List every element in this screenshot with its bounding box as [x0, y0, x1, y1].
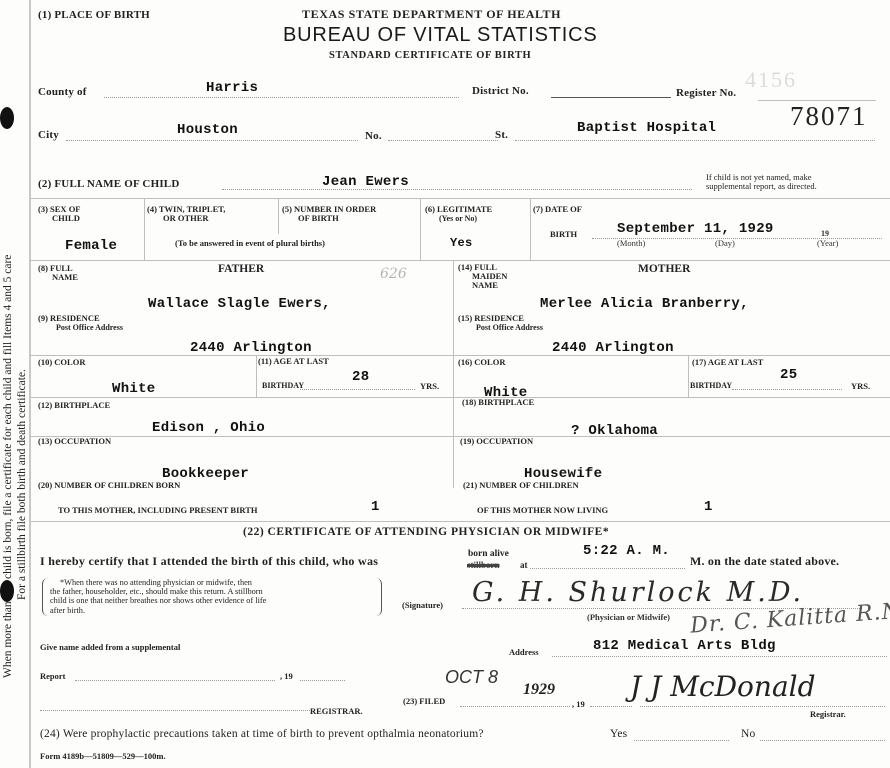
place-of-birth-label: (1) PLACE OF BIRTH [38, 10, 150, 20]
sex-value: Female [65, 238, 117, 254]
left-border [29, 0, 31, 768]
register-number: 78071 [790, 101, 868, 132]
children-born-value: 1 [371, 499, 380, 515]
margin-note-line1: When more than one child is born, file a… [2, 255, 14, 678]
children-born-label-2: TO THIS MOTHER, INCLUDING PRESENT BIRTH [58, 506, 258, 515]
father-birthplace-label: (12) BIRTHPLACE [38, 401, 110, 410]
report-year-prefix: , 19 [280, 672, 293, 681]
register-label: Register No. [676, 88, 736, 98]
mother-name-value: Merlee Alicia Branberry, [540, 296, 749, 312]
legitimate-label: (6) LEGITIMATE [425, 205, 492, 214]
registrar-signature: J J McDonald [630, 670, 816, 703]
at-label: at [520, 560, 528, 570]
filed-year-prefix: , 19 [572, 700, 585, 709]
mother-residence-value: 2440 Arlington [552, 340, 674, 356]
county-value: Harris [206, 80, 258, 96]
legitimate-value: Yes [450, 236, 473, 250]
registrar-title: Registrar. [810, 710, 846, 719]
certificate-subtitle: STANDARD CERTIFICATE OF BIRTH [329, 51, 531, 61]
report-label: Report [40, 672, 66, 681]
street-value: Baptist Hospital [577, 120, 716, 136]
dob-label-2: BIRTH [550, 230, 577, 239]
children-born-label: (20) NUMBER OF CHILDREN BORN [38, 481, 180, 490]
mother-color-label: (16) COLOR [458, 358, 505, 367]
father-residence-value: 2440 Arlington [190, 340, 312, 356]
signature-label: (Signature) [402, 601, 443, 610]
hole-punch-icon [0, 107, 14, 129]
father-name-label-2: NAME [38, 273, 78, 282]
birth-certificate: When more than one child is born, file a… [0, 0, 890, 768]
certify-text: I hereby certify that I attended the bir… [40, 556, 378, 566]
mother-occupation-label: (19) OCCUPATION [460, 437, 533, 446]
plural-births-note: (To be answered in event of plural birth… [175, 238, 325, 248]
name-note-line2: supplemental report, as directed. [706, 182, 817, 191]
footnote-line1: *When there was no attending physician o… [50, 578, 266, 587]
stillborn-struck-text: stillborn [467, 560, 500, 570]
sex-label-2: CHILD [38, 214, 81, 223]
children-living-label: (21) NUMBER OF CHILDREN [463, 481, 579, 490]
father-yrs-label: YRS. [420, 382, 439, 391]
year-caption: (Year) [817, 238, 838, 248]
register-stamp-faint: 4156 [745, 67, 797, 93]
father-age-value: 28 [352, 369, 369, 385]
hole-punch-icon [0, 580, 14, 602]
mother-name-label-3: NAME [458, 281, 507, 290]
father-age-label-2: BIRTHDAY [262, 381, 304, 390]
prophylactic-question: (24) Were prophylactic precautions taken… [40, 729, 484, 739]
physician-signature: G. H. Shurlock M.D. [472, 577, 804, 608]
children-living-value: 1 [704, 499, 713, 515]
father-age-label: (11) AGE AT LAST [258, 357, 329, 366]
father-occupation-label: (13) OCCUPATION [38, 437, 111, 446]
prophylactic-yes-label: Yes [610, 729, 627, 739]
father-birthplace-value: Edison , Ohio [152, 420, 265, 436]
footnote-line2: the father, householder, etc., should ma… [50, 587, 266, 596]
father-name-value: Wallace Slagle Ewers, [148, 296, 331, 312]
mother-residence-label-2: Post Office Address [458, 323, 543, 332]
birth-time-value: 5:22 A. M. [583, 543, 670, 559]
address-label: Address [509, 648, 539, 657]
order-label-2: OF BIRTH [282, 214, 376, 223]
mother-yrs-label: YRS. [851, 382, 870, 391]
day-caption: (Day) [715, 238, 735, 248]
father-residence-label: (9) RESIDENCE [38, 314, 123, 323]
filed-date-stamp: OCT 8 [445, 667, 498, 688]
physician-address-value: 812 Medical Arts Bldg [593, 638, 776, 654]
father-color-value: White [112, 381, 156, 397]
county-label: County of [38, 87, 87, 97]
street-label: St. [495, 130, 508, 140]
legitimate-label-2: (Yes or No) [425, 214, 492, 223]
no-label: No. [365, 131, 382, 141]
dob-label: (7) DATE OF [533, 205, 582, 214]
footnote-line3: child is one that neither breathes nor s… [50, 596, 266, 605]
footnote-line4: after birth. [50, 606, 266, 615]
father-residence-label-2: Post Office Address [38, 323, 123, 332]
registrar-label: REGISTRAR. [310, 707, 363, 716]
child-name-label: (2) FULL NAME OF CHILD [38, 179, 180, 189]
twin-label-2: OR OTHER [147, 214, 225, 223]
children-living-label-2: OF THIS MOTHER NOW LIVING [477, 506, 608, 515]
form-number: Form 4189b—51809—529—100m. [40, 752, 166, 761]
father-annotation: 626 [380, 266, 407, 282]
prophylactic-no-label: No [741, 729, 755, 739]
department-title: TEXAS STATE DEPARTMENT OF HEALTH [302, 9, 561, 19]
child-name-value: Jean Ewers [322, 174, 409, 190]
mother-residence-label: (15) RESIDENCE [458, 314, 543, 323]
physician-heading: (22) CERTIFICATE OF ATTENDING PHYSICIAN … [243, 527, 609, 537]
father-heading: FATHER [218, 263, 264, 275]
signature-role-caption: (Physician or Midwife) [587, 612, 670, 622]
father-color-label: (10) COLOR [38, 358, 85, 367]
supplemental-label: Give name added from a supplemental [40, 643, 180, 652]
mother-age-label-2: BIRTHDAY [690, 381, 732, 390]
city-value: Houston [177, 122, 238, 138]
district-label: District No. [472, 86, 529, 96]
margin-note-line2: For a stillbirth file both birth and dea… [16, 369, 28, 600]
city-label: City [38, 130, 59, 140]
mother-birthplace-value: ? Oklahoma [571, 423, 658, 439]
after-time-text: M. on the date stated above. [690, 556, 839, 566]
month-caption: (Month) [617, 238, 645, 248]
born-alive-text: born alive [468, 549, 509, 559]
mother-age-value: 25 [780, 367, 797, 383]
mother-age-label: (17) AGE AT LAST [692, 358, 763, 367]
filed-label: (23) FILED [403, 697, 445, 706]
mother-heading: MOTHER [638, 263, 690, 275]
bureau-title: BUREAU OF VITAL STATISTICS [283, 24, 598, 47]
year-prefix: 19 [821, 229, 829, 238]
mother-birthplace-label: (18) BIRTHPLACE [462, 398, 534, 407]
filed-year-stamp: 1929 [523, 681, 555, 699]
dob-value: September 11, 1929 [617, 221, 774, 237]
